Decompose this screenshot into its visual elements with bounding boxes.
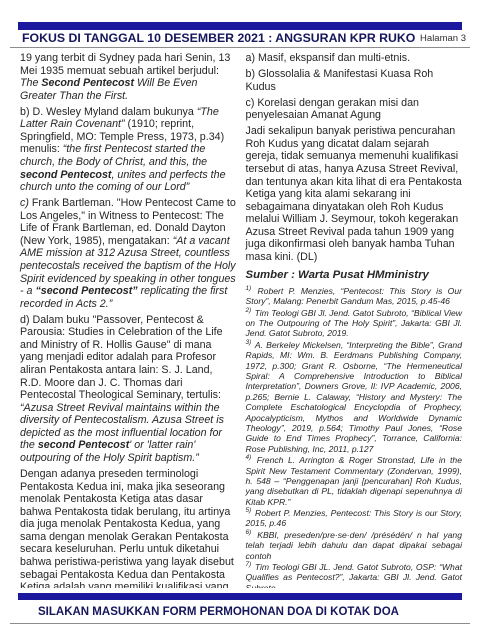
text-run: “second Pentecost”	[35, 285, 137, 297]
footer-accent-bar	[18, 593, 462, 600]
footnote-text: KBBI, preseden/pre·se·den/ /présédén/ n …	[246, 530, 463, 561]
footer-message: SILAKAN MASUKKAN FORM PERMOHONAN DOA DI …	[38, 606, 399, 618]
paragraph: c) Korelasi dengan gerakan misi dan peny…	[246, 97, 463, 122]
footnote-marker: 3)	[246, 339, 252, 346]
footnote: 1) Robert P. Menzies, “Pentecost: This S…	[246, 286, 463, 307]
text-run: c) Korelasi dengan gerakan misi dan peny…	[246, 97, 419, 122]
page-header: FOKUS DI TANGGAL 10 DESEMBER 2021 : ANGS…	[0, 22, 480, 48]
footnote-marker: 1)	[246, 285, 252, 292]
paragraph: b) D. Wesley Myland dalam bukunya “The L…	[20, 106, 237, 194]
footnote: 5) Robert P. Menzies, Pentecost: This St…	[246, 508, 463, 529]
page-footer: SILAKAN MASUKKAN FORM PERMOHONAN DOA DI …	[0, 593, 480, 624]
header-title: FOKUS DI TANGGAL 10 DESEMBER 2021 : ANGS…	[22, 31, 415, 45]
right-column: a) Masif, ekspansif dan multi-etnis.b) G…	[246, 52, 463, 588]
paragraph: d) Dalam buku "Passover, Pentecost & Par…	[20, 314, 237, 465]
footnote: 3) A. Berkeley Mickelsen, “Interpreting …	[246, 340, 463, 454]
text-run: b) Glossolalia & Manifestasi Kuasa Roh K…	[246, 68, 434, 93]
page-number: Halaman 3	[420, 33, 466, 45]
text-run: second Pentecost	[20, 169, 111, 181]
footer-row: SILAKAN MASUKKAN FORM PERMOHONAN DOA DI …	[10, 600, 470, 624]
footnote-text: Robert P. Menzies, Pentecost: This Story…	[246, 508, 463, 528]
text-run: Second Pentecost	[41, 77, 134, 89]
footnote-text: A. Berkeley Mickelsen, “Interpreting the…	[246, 340, 463, 454]
text-run: The	[20, 77, 41, 89]
left-column: 19 yang terbit di Sydney pada hari Senin…	[20, 52, 237, 588]
footnote-marker: 5)	[246, 507, 252, 514]
footnote-text: Tim Teologi GBI JL. Jend. Gatot Subroto,…	[246, 562, 463, 588]
text-run: 19 yang terbit di Sydney pada hari Senin…	[20, 52, 230, 77]
paragraph: c) Frank Bartleman. "How Pentecost Came …	[20, 197, 237, 310]
text-run: second Pentecost	[38, 439, 129, 451]
header-row: FOKUS DI TANGGAL 10 DESEMBER 2021 : ANGS…	[10, 30, 470, 48]
footnote-marker: 4)	[246, 454, 252, 461]
text-run: d) Dalam buku "Passover, Pentecost & Par…	[20, 314, 223, 401]
footnote: 4) French L. Arrington & Roger Stronstad…	[246, 455, 463, 507]
footnote-marker: 7)	[246, 561, 252, 568]
text-run: Dengan adanya preseden terminologi Penta…	[20, 468, 234, 588]
paragraph: a) Masif, ekspansif dan multi-etnis.	[246, 52, 463, 65]
paragraph: b) Glossolalia & Manifestasi Kuasa Roh K…	[246, 68, 463, 93]
paragraph: Jadi sekalipun banyak peristiwa pencurah…	[246, 125, 463, 263]
footnote: 6) KBBI, preseden/pre·se·den/ /présédén/…	[246, 530, 463, 561]
footnote-text: Robert P. Menzies, “Pentecost: This Stor…	[246, 286, 463, 306]
source-heading: Sumber : Warta Pusat HMministry	[246, 269, 463, 282]
text-run: c)	[20, 197, 29, 209]
header-accent-bar	[18, 22, 462, 30]
footnote-marker: 6)	[246, 529, 252, 536]
footnote: 7) Tim Teologi GBI JL. Jend. Gatot Subro…	[246, 562, 463, 588]
text-run: a) Masif, ekspansif dan multi-etnis.	[246, 52, 411, 64]
footnote-text: French L. Arrington & Roger Stronstad, L…	[246, 455, 463, 507]
text-run: b) D. Wesley Myland dalam bukunya	[20, 106, 197, 118]
paragraph: Dengan adanya preseden terminologi Penta…	[20, 468, 237, 588]
newsletter-page: FOKUS DI TANGGAL 10 DESEMBER 2021 : ANGS…	[0, 0, 480, 626]
footnote-marker: 2)	[246, 307, 252, 314]
footnote: 2) Tim Teologi GBI Jl. Jend. Gatot Subro…	[246, 308, 463, 339]
paragraph: 19 yang terbit di Sydney pada hari Senin…	[20, 52, 237, 102]
article-body: 19 yang terbit di Sydney pada hari Senin…	[0, 48, 480, 588]
footnote-text: Tim Teologi GBI Jl. Jend. Gatot Subroto,…	[246, 308, 463, 339]
text-run: Jadi sekalipun banyak peristiwa pencurah…	[246, 125, 462, 263]
